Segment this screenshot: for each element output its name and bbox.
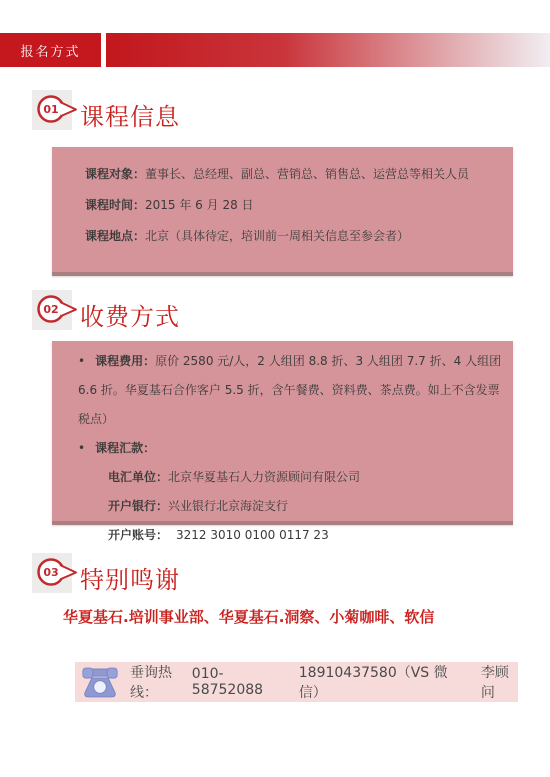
hotline-contact-person: 李顾问 xyxy=(481,662,518,702)
section-heading-fees: 02 收费方式 xyxy=(32,290,550,330)
course-location-label: 课程地点： xyxy=(85,229,145,243)
course-time-label: 课程时间： xyxy=(85,198,145,212)
course-target-row: 课程对象：董事长、总经理、副总、营销总、销售总、运营总等相关人员 xyxy=(85,159,503,190)
remit-account-value: 3212 3010 0100 0117 23 xyxy=(176,528,329,542)
remit-bank-value: 兴业银行北京海淀支行 xyxy=(168,499,288,513)
hotline-label: 垂询热线： xyxy=(130,662,192,702)
remit-bank-label: 开户银行： xyxy=(108,499,168,513)
section-02-badge-icon: 02 xyxy=(32,290,78,330)
fee-cost-item: •课程费用：原价 2580 元/人，2 人组团 8.8 折、3 人组团 7.7 … xyxy=(78,347,507,434)
section-02-number: 02 xyxy=(43,303,58,316)
remit-company-label: 电汇单位： xyxy=(108,470,168,484)
course-time-value: 2015 年 6 月 28 日 xyxy=(145,198,254,212)
section-03-number: 03 xyxy=(43,566,58,579)
course-location-row: 课程地点：北京（具体待定，培训前一周相关信息至参会者） xyxy=(85,221,503,252)
remit-company-value: 北京华夏基石人力资源顾问有限公司 xyxy=(168,470,360,484)
hotline-phone-mobile: 18910437580（VS 微信） xyxy=(299,662,455,702)
fee-remit-label: 课程汇款： xyxy=(95,441,155,455)
remit-company-row: 电汇单位：北京华夏基石人力资源顾问有限公司 xyxy=(78,463,507,492)
hotline-bar: 垂询热线：010-58752088 18910437580（VS 微信） 李顾问 xyxy=(75,662,518,702)
telephone-icon xyxy=(82,666,118,699)
course-target-value: 董事长、总经理、副总、营销总、销售总、运营总等相关人员 xyxy=(145,167,469,181)
section-03-badge-icon: 03 xyxy=(32,553,78,593)
section-02-title: 收费方式 xyxy=(80,297,180,332)
section-01-badge-icon: 01 xyxy=(32,90,78,130)
course-location-value: 北京（具体待定，培训前一周相关信息至参会者） xyxy=(145,229,409,243)
section-01-number: 01 xyxy=(43,103,58,116)
section-03-title: 特别鸣谢 xyxy=(80,560,180,595)
section-heading-course-info: 01 课程信息 xyxy=(32,90,550,130)
fee-cost-label: 课程费用： xyxy=(95,354,155,368)
remit-account-row: 开户账号：3212 3010 0100 0117 23 xyxy=(78,521,507,550)
remit-account-label: 开户账号： xyxy=(108,528,168,542)
remit-bank-row: 开户银行：兴业银行北京海淀支行 xyxy=(78,492,507,521)
special-thanks-line: 华夏基石.培训事业部、华夏基石.洞察、小菊咖啡、软信 xyxy=(63,607,550,627)
bullet-dot-icon: • xyxy=(78,441,85,455)
course-target-label: 课程对象： xyxy=(85,167,145,181)
banner-gradient-bar xyxy=(106,33,550,67)
section-01-title: 课程信息 xyxy=(80,97,180,132)
section-heading-thanks: 03 特别鸣谢 xyxy=(32,553,550,593)
fees-panel: •课程费用：原价 2580 元/人，2 人组团 8.8 折、3 人组团 7.7 … xyxy=(52,341,513,525)
course-info-panel: 课程对象：董事长、总经理、副总、营销总、销售总、运营总等相关人员 课程时间：20… xyxy=(52,147,513,276)
course-time-row: 课程时间：2015 年 6 月 28 日 xyxy=(85,190,503,221)
fee-remit-item: •课程汇款： xyxy=(78,434,507,463)
bullet-dot-icon: • xyxy=(78,354,85,368)
top-banner: 报名方式 xyxy=(0,33,550,67)
banner-tab-label: 报名方式 xyxy=(0,33,101,67)
hotline-phone-main: 010-58752088 xyxy=(192,666,283,698)
